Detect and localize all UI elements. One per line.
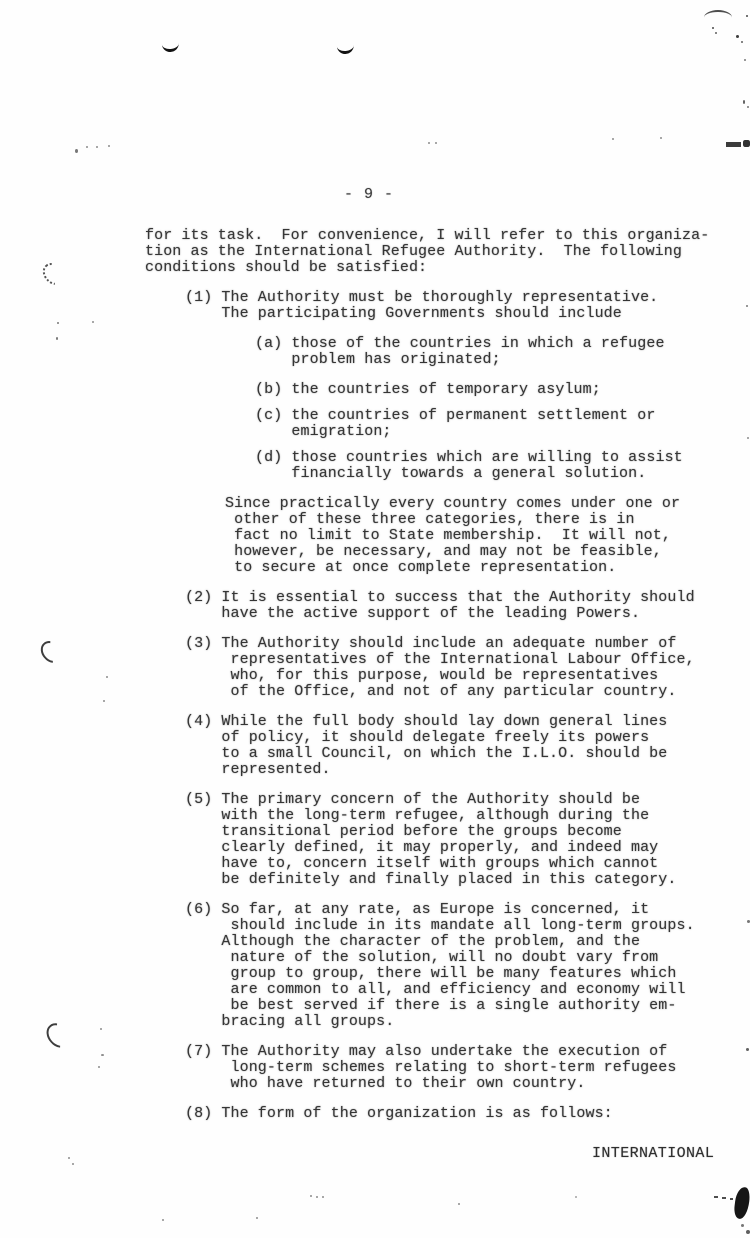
scan-speck <box>103 700 105 702</box>
scan-speck <box>98 1066 100 1068</box>
scan-noise-arc <box>704 10 732 25</box>
scan-speck <box>428 142 430 144</box>
scan-speck <box>310 1195 312 1197</box>
squiggle-mark <box>162 41 180 52</box>
paragraph-since-note: Since practically every country comes un… <box>225 496 735 576</box>
scan-speck <box>92 321 94 323</box>
sub-item-a: (a) those of the countries in which a re… <box>255 336 735 368</box>
scan-speck <box>744 59 746 61</box>
list-item-3: (3) The Authority should include an adeq… <box>185 636 735 700</box>
scan-speck <box>715 32 717 34</box>
sub-item-b: (b) the countries of temporary asylum; <box>255 382 735 398</box>
scan-speck <box>575 1196 577 1198</box>
scan-speck <box>741 41 743 43</box>
scan-speck <box>746 1048 749 1051</box>
scan-speck <box>746 305 748 307</box>
list-item-8: (8) The form of the organization is as f… <box>185 1106 735 1122</box>
scan-speck <box>712 27 714 29</box>
scan-speck <box>322 1196 324 1198</box>
scan-speck <box>746 1230 750 1234</box>
list-item-4: (4) While the full body should lay down … <box>185 714 735 778</box>
list-item-6: (6) So far, at any rate, as Europe is co… <box>185 902 735 1030</box>
scan-dash <box>722 1197 726 1199</box>
scan-speck <box>747 106 749 108</box>
list-item-2: (2) It is essential to success that the … <box>185 590 735 622</box>
margin-c-mark <box>38 259 68 290</box>
scan-speck <box>316 1196 318 1198</box>
scan-dash <box>730 1198 733 1200</box>
scan-speck <box>162 1219 164 1221</box>
scan-speck <box>72 1163 74 1165</box>
scan-speck <box>660 137 662 139</box>
margin-c-mark <box>42 1018 76 1052</box>
scan-speck <box>736 35 739 38</box>
scan-speck <box>56 337 58 340</box>
scan-speck <box>747 437 749 439</box>
scan-speck <box>743 140 750 147</box>
scan-speck <box>108 145 110 147</box>
scan-speck <box>101 1054 104 1056</box>
scan-speck <box>458 1203 460 1205</box>
sub-item-c: (c) the countries of permanent settlemen… <box>255 408 735 440</box>
scan-speck <box>612 138 614 140</box>
paragraph-intro: for its task. For convenience, I will re… <box>145 228 735 276</box>
scan-speck <box>75 149 78 153</box>
list-item-7: (7) The Authority may also undertake the… <box>185 1044 735 1092</box>
scan-dash <box>714 1196 718 1198</box>
scan-speck <box>435 142 437 144</box>
scan-speck <box>741 1224 744 1227</box>
squiggle-mark <box>337 43 355 54</box>
scan-speck <box>100 1028 102 1030</box>
page-number: - 9 - <box>344 186 394 203</box>
scan-speck <box>68 1157 70 1159</box>
scan-speck <box>106 676 108 678</box>
scan-smudge <box>726 142 741 147</box>
ink-blob <box>733 1186 750 1219</box>
scanned-document-page: - 9 - for its task. For convenience, I w… <box>0 0 750 1238</box>
scan-speck <box>743 100 745 104</box>
scan-speck <box>57 322 59 324</box>
list-item-5: (5) The primary concern of the Authority… <box>185 792 735 888</box>
sub-item-d: (d) those countries which are willing to… <box>255 450 735 482</box>
document-body: for its task. For convenience, I will re… <box>145 228 735 1122</box>
scan-speck <box>86 146 88 148</box>
catchword: INTERNATIONAL <box>592 1145 714 1162</box>
scan-speck <box>96 146 98 148</box>
scan-speck <box>256 1217 258 1219</box>
scan-speck <box>746 15 748 17</box>
list-item-1: (1) The Authority must be thoroughly rep… <box>185 290 735 322</box>
margin-c-mark <box>36 637 66 668</box>
